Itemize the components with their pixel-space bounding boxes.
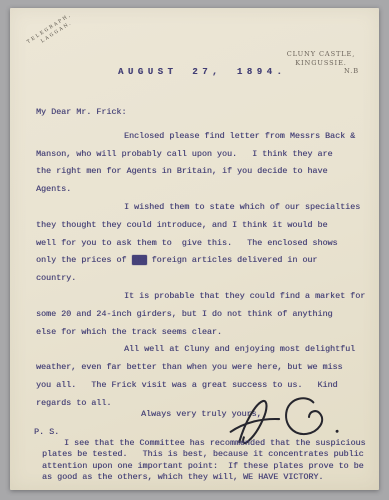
postscript-text: I see that the Committee has recommended… [42,438,382,484]
letter-page: TELEGRAPH, LAGGAN. CLUNY CASTLE, KINGUSS… [10,8,379,490]
telegraph-address: TELEGRAPH, LAGGAN. [26,12,77,52]
letterhead-region: N.B [273,67,369,76]
letterhead-castle: CLUNY CASTLE, [273,50,369,59]
paragraph-3: It is probable that they could find a ma… [36,288,372,341]
struck-word: the [132,255,147,265]
postscript-label: P. S. [34,427,59,437]
paragraph-2: I wished them to state which of our spec… [36,199,372,288]
letterhead: CLUNY CASTLE, KINGUSSIE. N.B [273,50,369,76]
salutation: My Dear Mr. Frick: [36,104,372,122]
paragraph-1: Enclosed please find letter from Messrs … [36,128,372,199]
date-line: AUGUST 27, 1894. [118,67,286,77]
letterhead-town: KINGUSSIE. [273,59,369,68]
letter-body: My Dear Mr. Frick: Enclosed please find … [36,104,372,423]
